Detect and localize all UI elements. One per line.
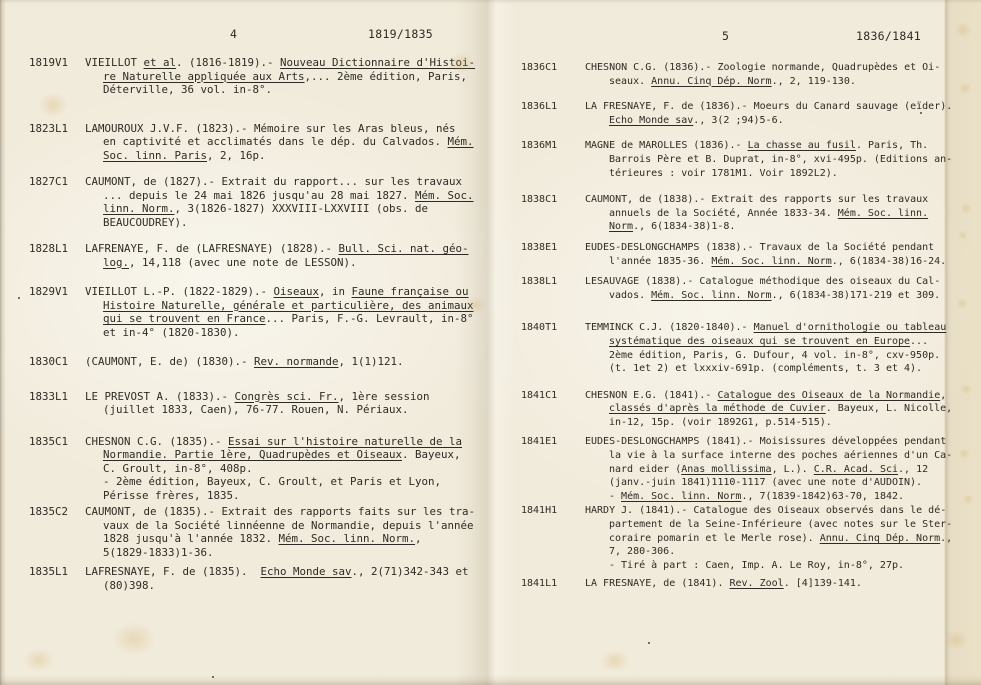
- entry-text: LAFRENAYE, F. de (LAFRESNAYE) (1828).- B…: [85, 242, 491, 269]
- entry-code: 1835C2: [29, 505, 85, 519]
- entry-code: 1840T1: [521, 321, 585, 335]
- entry-text: CAUMONT, de (1835).- Extrait des rapport…: [85, 505, 491, 559]
- entry-text: LAFRESNAYE, F. de (1835). Echo Monde sav…: [85, 565, 491, 592]
- entry-1838C1: 1838C1CAUMONT, de (1838).- Extrait des r…: [521, 193, 981, 234]
- entry-code: 1819V1: [29, 56, 85, 70]
- entry-1836C1: 1836C1CHESNON C.G. (1836).- Zoologie nor…: [521, 61, 981, 88]
- page-year-range: 1819/1835: [368, 28, 433, 42]
- page-year-range: 1836/1841: [856, 30, 921, 44]
- entry-text: VIEILLOT L.-P. (1822-1829).- Oiseaux, in…: [85, 285, 491, 339]
- entry-code: 1836L1: [521, 100, 585, 114]
- entry-1841E1: 1841E1EUDES-DESLONGCHAMPS (1841).- Moisi…: [521, 435, 981, 503]
- entry-code: 1836M1: [521, 139, 585, 153]
- right-page: 5 1836/1841 1836C1CHESNON C.G. (1836).- …: [491, 0, 981, 685]
- entry-code: 1828L1: [29, 242, 85, 256]
- left-page: 4 1819/1835 1819V1VIEILLOT et al. (1816-…: [0, 0, 491, 685]
- entry-code: 1833L1: [29, 390, 85, 404]
- entry-1836L1: 1836L1LA FRESNAYE, F. de (1836).- Moeurs…: [521, 100, 981, 127]
- entry-1830C1: 1830C1(CAUMONT, E. de) (1830).- Rev. nor…: [29, 355, 491, 369]
- entry-1823L1: 1823L1LAMOUROUX J.V.F. (1823).- Mémoire …: [29, 122, 491, 163]
- entry-text: VIEILLOT et al. (1816-1819).- Nouveau Di…: [85, 56, 491, 97]
- book-scan-spread: 4 1819/1835 1819V1VIEILLOT et al. (1816-…: [0, 0, 981, 685]
- entry-1841H1: 1841H1HARDY J. (1841).- Catalogue des Oi…: [521, 504, 981, 572]
- bibliography-entries: 1836C1CHESNON C.G. (1836).- Zoologie nor…: [491, 61, 981, 603]
- entry-code: 1823L1: [29, 122, 85, 136]
- entry-1828L1: 1828L1LAFRENAYE, F. de (LAFRESNAYE) (182…: [29, 242, 491, 269]
- entry-code: 1841L1: [521, 577, 585, 591]
- page-number: 5: [722, 30, 729, 44]
- entry-code: 1829V1: [29, 285, 85, 299]
- entry-code: 1836C1: [521, 61, 585, 75]
- entry-1819V1: 1819V1VIEILLOT et al. (1816-1819).- Nouv…: [29, 56, 491, 97]
- bibliography-entries: 1819V1VIEILLOT et al. (1816-1819).- Nouv…: [0, 56, 491, 605]
- entry-text: CAUMONT, de (1838).- Extrait des rapport…: [585, 193, 981, 234]
- entry-code: 1835L1: [29, 565, 85, 579]
- entry-text: CHESNON C.G. (1835).- Essai sur l'histoi…: [85, 435, 491, 503]
- entry-code: 1838E1: [521, 241, 585, 255]
- entry-1827C1: 1827C1CAUMONT, de (1827).- Extrait du ra…: [29, 175, 491, 229]
- entry-1836M1: 1836M1MAGNE de MAROLLES (1836).- La chas…: [521, 139, 981, 180]
- entry-text: LA FRESNAYE, F. de (1836).- Moeurs du Ca…: [585, 100, 981, 127]
- entry-1838L1: 1838L1LESAUVAGE (1838).- Catalogue métho…: [521, 275, 981, 302]
- entry-1835C2: 1835C2CAUMONT, de (1835).- Extrait des r…: [29, 505, 491, 559]
- entry-code: 1838C1: [521, 193, 585, 207]
- entry-code: 1835C1: [29, 435, 85, 449]
- entry-text: TEMMINCK C.J. (1820-1840).- Manuel d'orn…: [585, 321, 981, 375]
- entry-text: LAMOUROUX J.V.F. (1823).- Mémoire sur le…: [85, 122, 491, 163]
- entry-text: CHESNON C.G. (1836).- Zoologie normande,…: [585, 61, 981, 88]
- entry-code: 1841H1: [521, 504, 585, 518]
- entry-text: MAGNE de MAROLLES (1836).- La chasse au …: [585, 139, 981, 180]
- entry-1841C1: 1841C1CHESNON E.G. (1841).- Catalogue de…: [521, 389, 981, 430]
- entry-1833L1: 1833L1LE PREVOST A. (1833).- Congrès sci…: [29, 390, 491, 417]
- entry-1840T1: 1840T1TEMMINCK C.J. (1820-1840).- Manuel…: [521, 321, 981, 375]
- entry-text: EUDES-DESLONGCHAMPS (1841).- Moisissures…: [585, 435, 981, 503]
- entry-1835C1: 1835C1CHESNON C.G. (1835).- Essai sur l'…: [29, 435, 491, 503]
- entry-1841L1: 1841L1LA FRESNAYE, de (1841). Rev. Zool.…: [521, 577, 981, 591]
- entry-code: 1841E1: [521, 435, 585, 449]
- entry-text: LA FRESNAYE, de (1841). Rev. Zool. [4]13…: [585, 577, 981, 591]
- entry-text: HARDY J. (1841).- Catalogue des Oiseaux …: [585, 504, 981, 572]
- page-number: 4: [230, 28, 237, 42]
- entry-code: 1841C1: [521, 389, 585, 403]
- entry-1829V1: 1829V1VIEILLOT L.-P. (1822-1829).- Oisea…: [29, 285, 491, 339]
- entry-1838E1: 1838E1EUDES-DESLONGCHAMPS (1838).- Trava…: [521, 241, 981, 268]
- entry-text: CHESNON E.G. (1841).- Catalogue des Oise…: [585, 389, 981, 430]
- entry-text: LESAUVAGE (1838).- Catalogue méthodique …: [585, 275, 981, 302]
- entry-text: EUDES-DESLONGCHAMPS (1838).- Travaux de …: [585, 241, 981, 268]
- entry-1835L1: 1835L1LAFRESNAYE, F. de (1835). Echo Mon…: [29, 565, 491, 592]
- entry-text: CAUMONT, de (1827).- Extrait du rapport.…: [85, 175, 491, 229]
- entry-code: 1830C1: [29, 355, 85, 369]
- entry-text: (CAUMONT, E. de) (1830).- Rev. normande,…: [85, 355, 491, 369]
- entry-text: LE PREVOST A. (1833).- Congrès sci. Fr.,…: [85, 390, 491, 417]
- entry-code: 1827C1: [29, 175, 85, 189]
- entry-code: 1838L1: [521, 275, 585, 289]
